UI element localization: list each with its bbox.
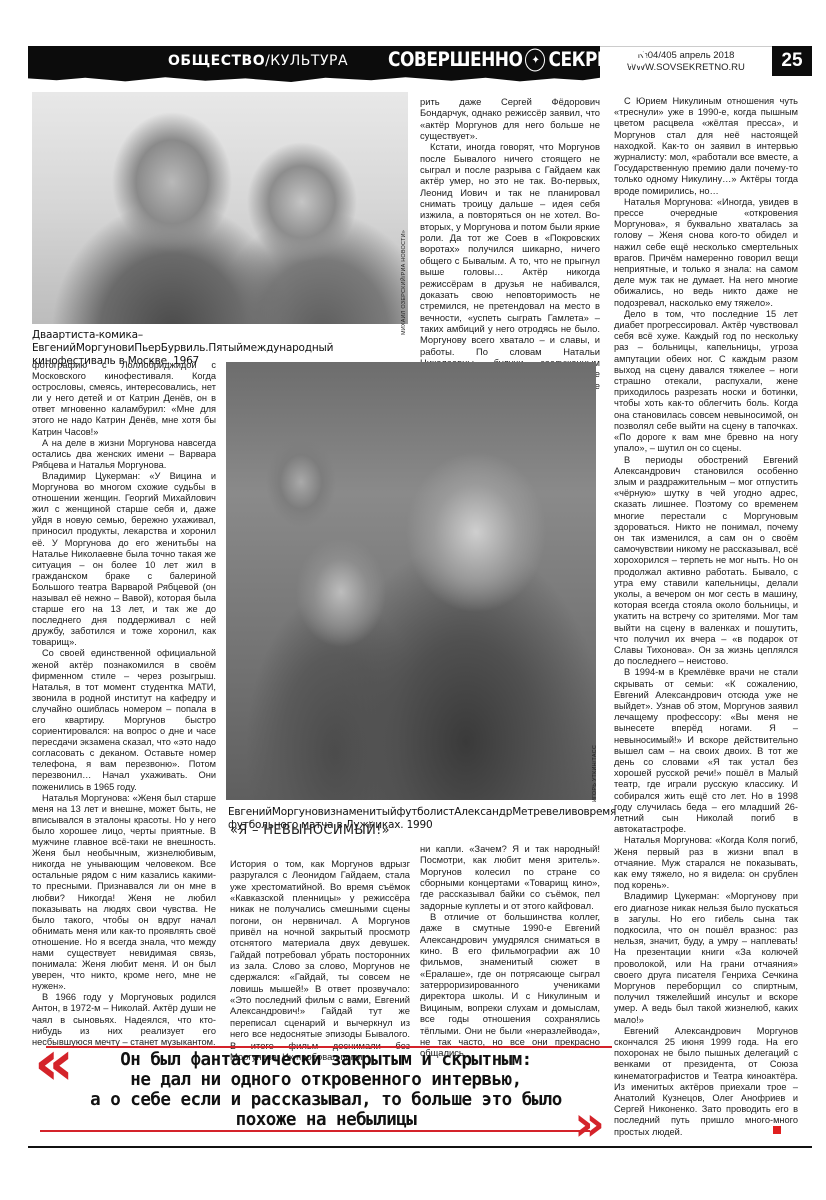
pull-quote-line: Он был фантастически закрытым и скрытным… [66, 1050, 586, 1070]
pull-quote-bottom-rule [40, 1130, 590, 1132]
paragraph: фотографию с Лоллобриджидой с Московског… [32, 360, 216, 438]
page-number: 25 [772, 46, 812, 76]
photo-morgunov-bourvil [32, 92, 408, 324]
pull-quote-line: похоже на небылицы [66, 1110, 586, 1130]
paragraph: История о том, как Моргунов вдрызг разру… [230, 858, 410, 1062]
torn-edge-decoration [28, 76, 600, 82]
pull-quote: Он был фантастически закрытым и скрытным… [66, 1050, 586, 1130]
pull-quote-open-chevrons-icon: « [34, 1038, 64, 1088]
pull-quote-line: не дал ни одного откровенного интервью, [66, 1070, 586, 1090]
article-column-middle-bottom-right: ни капли. «Зачем? Я и так народный! Посм… [420, 843, 600, 1059]
issue-number-date: №04/405 апрель 2018 [638, 50, 735, 62]
article-column-left: фотографию с Лоллобриджидой с Московског… [32, 360, 216, 1048]
logo-word-right: СЕКРЕТНО [548, 49, 646, 72]
pull-quote-top-rule [46, 1046, 612, 1048]
paragraph: ни капли. «Зачем? Я и так народный! Посм… [420, 843, 600, 911]
article-end-square-icon [773, 1126, 781, 1134]
footer-rule [28, 1146, 812, 1148]
article-column-middle-top: рить даже Сергей Фёдорович Бондарчук, од… [420, 96, 600, 402]
article-column-right: С Юрием Никулиным отношения чуть «тресну… [614, 96, 798, 1138]
paragraph: Наталья Моргунова: «Когда Коля погиб, Же… [614, 835, 798, 891]
paragraph: Владимир Цукерман: «Моргунову при его ди… [614, 891, 798, 1025]
pull-quote-close-chevrons-icon: » [574, 1104, 597, 1144]
section-society: ОБЩЕСТВО [168, 53, 265, 69]
paragraph: Дело в том, что последние 15 лет диабет … [614, 309, 798, 455]
masthead-bar: ОБЩЕСТВО/КУЛЬТУРА СОВЕРШЕННО ✦ СЕКРЕТНО [28, 46, 600, 76]
paragraph: Со своей единственной официальной женой … [32, 648, 216, 792]
paragraph: рить даже Сергей Фёдорович Бондарчук, од… [420, 96, 600, 141]
paragraph: А на деле в жизни Моргунова навсегда ост… [32, 438, 216, 471]
photo-credit-1: МИХАИЛ ОЗЕРСКИЙ/РИА НОВОСТИ» [401, 230, 407, 335]
paragraph: Владимир Цукерман: «У Вицина и Моргунова… [32, 471, 216, 649]
paragraph: Наталья Моргунова: «Иногда, увидев в пре… [614, 197, 798, 309]
masthead: ОБЩЕСТВО/КУЛЬТУРА СОВЕРШЕННО ✦ СЕКРЕТНО … [28, 46, 812, 76]
logo-word-left: СОВЕРШЕННО [388, 49, 522, 72]
paragraph: В периоды обострений Евгений Александров… [614, 455, 798, 668]
section-label: ОБЩЕСТВО/КУЛЬТУРА [168, 53, 348, 69]
globe-dagger-emblem-icon: ✦ [525, 49, 545, 72]
paragraph: С Юрием Никулиным отношения чуть «тресну… [614, 96, 798, 197]
paragraph: В 1994-м в Кремлёвке врачи не стали скры… [614, 667, 798, 835]
section-subheading: «Я – НЕВЫНОСИМЫЙ!» [230, 823, 390, 838]
paragraph: Наталья Моргунова: «Женя был старше меня… [32, 793, 216, 993]
article-column-middle-bottom-left: История о том, как Моргунов вдрызг разру… [230, 858, 410, 1062]
photo-morgunov-metreveli [226, 362, 596, 800]
section-culture: /КУЛЬТУРА [265, 53, 348, 69]
paragraph: В отличие от большинства коллег, даже в … [420, 911, 600, 1058]
paragraph: Евгений Александрович Моргунов скончался… [614, 1026, 798, 1138]
pull-quote-line: а о себе если и рассказывал, то больше э… [66, 1090, 586, 1110]
photo-credit-2: ИГОРЬ УТКИН/ТАСС [592, 745, 598, 802]
newspaper-logo: СОВЕРШЕННО ✦ СЕКРЕТНО [388, 49, 647, 72]
